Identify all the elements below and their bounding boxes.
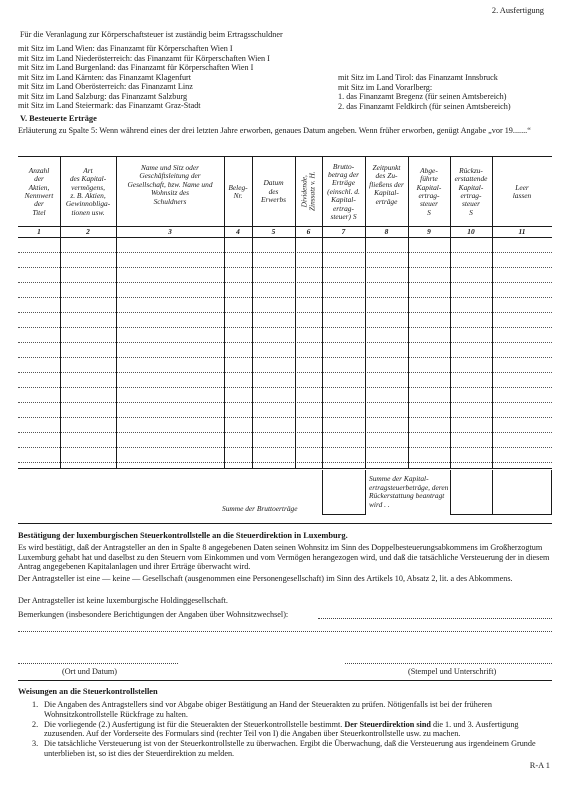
column-number: 10	[450, 227, 492, 237]
tax-office-item: mit Sitz im Land Oberösterreich: das Fin…	[18, 82, 270, 92]
column-number: 8	[365, 227, 408, 237]
column-header-3: Name und Sitz oder Geschäftsleitung der …	[116, 158, 224, 226]
table-row[interactable]	[18, 417, 552, 418]
copy-label: 2. Ausfertigung	[492, 6, 544, 16]
instruction-item: 2. Die vorliegende (2.) Ausfertigung ist…	[32, 720, 554, 739]
item-number: 1.	[32, 700, 38, 710]
table-row[interactable]	[18, 447, 552, 448]
table-row[interactable]	[18, 462, 552, 463]
table-row[interactable]	[18, 357, 552, 358]
table-row[interactable]	[18, 252, 552, 253]
table-row[interactable]	[18, 372, 552, 373]
stamp-signature-field[interactable]	[345, 663, 552, 664]
table-row[interactable]	[18, 267, 552, 268]
column-number: 4	[224, 227, 252, 237]
column-number: 9	[408, 227, 450, 237]
tax-office-list-left: mit Sitz im Land Wien: das Finanzamt für…	[18, 44, 270, 111]
tax-office-item: 1. das Finanzamt Bregenz (für seinen Amt…	[338, 92, 511, 102]
place-date-field[interactable]	[18, 663, 178, 664]
sum-gross-box[interactable]	[322, 470, 366, 515]
column-number: 1	[18, 227, 60, 237]
column-header-6-label: Dividende, Zinssatz v. H.	[300, 171, 316, 211]
sum-label-divider	[365, 470, 366, 515]
instructions-list: 1. Die Angaben des Antragstellers sind v…	[32, 700, 554, 759]
column-header-5: Datum des Erwerbs	[252, 158, 295, 226]
tax-office-item: mit Sitz im Land Kärnten: das Finanzamt …	[18, 73, 270, 83]
table-row[interactable]	[18, 282, 552, 283]
table-bottom-border	[18, 468, 552, 469]
tax-office-item: mit Sitz im Land Burgenland: das Finanza…	[18, 63, 270, 73]
table-row[interactable]	[18, 387, 552, 388]
column-header-1: Anzahl der Aktien, Nennwert der Titel	[18, 158, 60, 226]
tax-office-list-right: mit Sitz im Land Tirol: das Finanzamt In…	[338, 73, 511, 111]
column-number: 7	[322, 227, 365, 237]
tax-office-item: 2. das Finanzamt Feldkirch (für seinen A…	[338, 102, 511, 112]
place-date-label: (Ort und Datum)	[62, 667, 117, 677]
column-number: 5	[252, 227, 295, 237]
column-number: 11	[492, 227, 552, 237]
confirmation-paragraph-2: Der Antragsteller ist eine — keine — Ges…	[18, 574, 554, 584]
instructions-title: Weisungen an die Steuerkontrollstellen	[18, 687, 158, 697]
remarks-input-line-2[interactable]	[18, 631, 552, 632]
column-number: 6	[295, 227, 322, 237]
item-text: Die Angaben des Antragstellers sind vor …	[44, 700, 492, 719]
number-row-divider	[18, 237, 552, 238]
section-divider	[18, 523, 552, 524]
tax-office-item: mit Sitz im Land Wien: das Finanzamt für…	[18, 44, 270, 54]
table-row[interactable]	[18, 432, 552, 433]
confirmation-paragraph-3: Der Antragsteller ist keine luxemburgisc…	[18, 596, 554, 606]
stamp-signature-label: (Stempel und Unterschrift)	[408, 667, 496, 677]
form-code: R-A 1	[530, 761, 550, 771]
instruction-item: 1. Die Angaben des Antragstellers sind v…	[32, 700, 554, 719]
table-row[interactable]	[18, 402, 552, 403]
column-number: 3	[116, 227, 224, 237]
confirmation-paragraph-1: Es wird bestätigt, daß der Antragsteller…	[18, 543, 554, 572]
section-explanation: Erläuterung zu Spalte 5: Wenn während ei…	[18, 126, 558, 136]
intro-text: Für die Veranlagung zur Körperschaftsteu…	[20, 30, 283, 40]
table-row[interactable]	[18, 312, 552, 313]
item-text-bold: Der Steuerdirektion sind	[344, 720, 431, 729]
section-divider	[18, 680, 552, 681]
sum-leer-divider	[492, 470, 493, 515]
tax-office-item: mit Sitz im Land Vorarlberg:	[338, 83, 511, 93]
column-header-4: Beleg- Nr.	[224, 158, 252, 226]
column-header-8: Zeitpunkt des Zu- fließens der Kapital- …	[365, 158, 408, 226]
remarks-label: Bemerkungen (insbesondere Berichtigungen…	[18, 610, 288, 620]
item-text: Die vorliegende (2.) Ausfertigung ist fü…	[44, 720, 344, 729]
income-table: Anzahl der Aktien, Nennwert der Titel Ar…	[18, 156, 552, 470]
column-number: 2	[60, 227, 116, 237]
column-header-10: Rückzu- erstattende Kapital- ertrag- ste…	[450, 158, 492, 226]
section-title: V. Besteuerte Erträge	[20, 114, 97, 123]
item-number: 3.	[32, 739, 38, 749]
tax-office-item: mit Sitz im Land Steiermark: das Finanza…	[18, 101, 270, 111]
table-row[interactable]	[18, 297, 552, 298]
column-header-9: Abge- führte Kapital- ertrag- steuer S	[408, 158, 450, 226]
tax-office-item: mit Sitz im Land Niederösterreich: das F…	[18, 54, 270, 64]
column-header-11: Leer lassen	[492, 158, 552, 226]
item-number: 2.	[32, 720, 38, 730]
sum-refund-box[interactable]	[450, 470, 552, 515]
table-row[interactable]	[18, 327, 552, 328]
table-row[interactable]	[18, 342, 552, 343]
table-top-border	[18, 156, 552, 157]
column-header-7: Brutto- betrag der Erträge (einschl. d. …	[322, 158, 365, 226]
sum-refund-label: Summe der Kapital-ertragsteuerbeträge, d…	[369, 475, 449, 509]
column-header-6: Dividende, Zinssatz v. H.	[295, 156, 322, 226]
tax-office-item: mit Sitz im Land Tirol: das Finanzamt In…	[338, 73, 511, 83]
column-header-2: Art des Kapital- vermögens, z. B. Aktien…	[60, 158, 116, 226]
sum-gross-label: Summe der Bruttoerträge	[222, 504, 298, 514]
remarks-input-line-1[interactable]	[318, 618, 552, 619]
instruction-item: 3. Die tatsächliche Versteuerung ist von…	[32, 739, 554, 758]
item-text: Die tatsächliche Versteuerung ist von de…	[44, 739, 536, 758]
confirmation-title: Bestätigung der luxemburgischen Steuerko…	[18, 531, 348, 541]
tax-office-item: mit Sitz im Land Salzburg: das Finanzamt…	[18, 92, 270, 102]
